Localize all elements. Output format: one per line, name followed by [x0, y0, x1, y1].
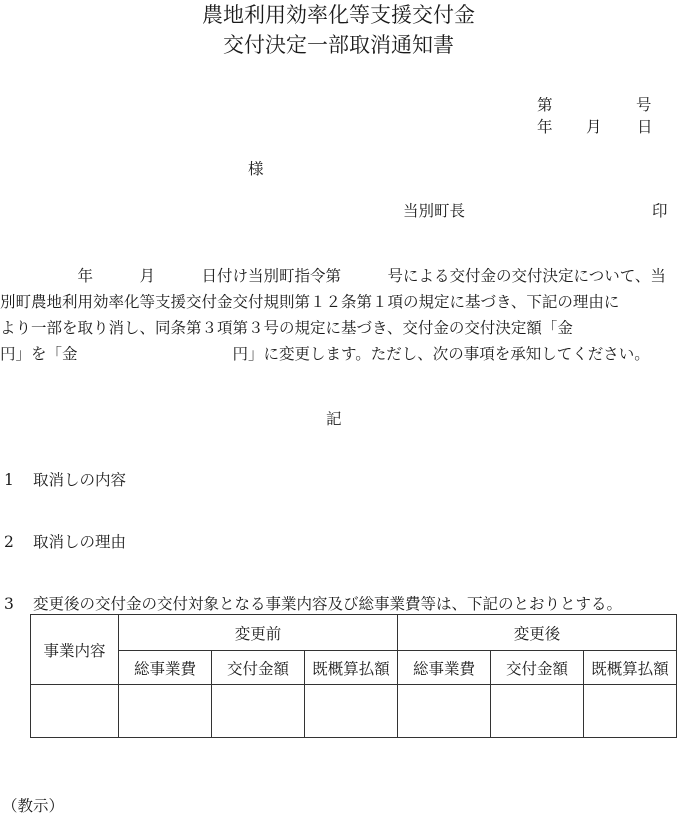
- number-prefix: 第: [537, 96, 553, 114]
- cell-advance-paid-before: [305, 685, 398, 738]
- header-project-content: 事業内容: [31, 615, 119, 685]
- number-suffix: 号: [636, 96, 652, 114]
- cell-grant-amount-after: [491, 685, 584, 738]
- body-line: 円」を「金 円」に変更します。ただし、次の事項を承知してください。: [0, 341, 677, 367]
- item-3-label: 変更後の交付金の交付対象となる事業内容及び総事業費等は、下記のとおりとする。: [33, 595, 622, 613]
- item-1-number: 1: [4, 471, 14, 489]
- header-before-change: 変更前: [119, 615, 398, 651]
- addressee-honorific: 様: [248, 160, 264, 178]
- cell-total-cost-after: [398, 685, 491, 738]
- cell-total-cost-before: [119, 685, 212, 738]
- header-advance-paid-before: 既概算払額: [305, 651, 398, 685]
- date-month: 月: [586, 118, 602, 136]
- cell-advance-paid-after: [584, 685, 677, 738]
- header-total-cost-after: 総事業費: [398, 651, 491, 685]
- date-day: 日: [637, 118, 653, 136]
- document-title-line1: 農地利用効率化等支援交付金: [0, 2, 677, 28]
- header-advance-paid-after: 既概算払額: [584, 651, 677, 685]
- sender-name: 当別町長: [403, 202, 465, 220]
- instruction-heading: （教示）: [2, 797, 64, 815]
- body-line: 年 月 日付け当別町指令第 号による交付金の交付決定について、当: [0, 263, 677, 289]
- cell-project-content: [31, 685, 119, 738]
- body-line: より一部を取り消し、同条第３項第３号の規定に基づき、交付金の交付決定額「金: [0, 315, 677, 341]
- date-year: 年: [537, 118, 553, 136]
- table-row: [31, 685, 677, 738]
- project-cost-table: 事業内容 変更前 変更後 総事業費 交付金額 既概算払額 総事業費 交付金額 既…: [30, 614, 677, 738]
- item-2-label: 取消しの理由: [33, 533, 126, 551]
- item-2-number: 2: [4, 533, 14, 551]
- header-grant-amount-after: 交付金額: [491, 651, 584, 685]
- body-paragraph: 年 月 日付け当別町指令第 号による交付金の交付決定について、当 別町農地利用効…: [0, 263, 677, 367]
- seal-mark: 印: [652, 202, 668, 220]
- body-line: 別町農地利用効率化等支援交付金交付規則第１２条第１項の規定に基づき、下記の理由に: [0, 289, 677, 315]
- document-title-line2: 交付決定一部取消通知書: [0, 32, 677, 58]
- header-total-cost-before: 総事業費: [119, 651, 212, 685]
- header-grant-amount-before: 交付金額: [212, 651, 305, 685]
- item-1-label: 取消しの内容: [33, 471, 126, 489]
- item-3-number: 3: [4, 595, 14, 613]
- ki-heading: 記: [326, 410, 342, 428]
- header-after-change: 変更後: [398, 615, 677, 651]
- cell-grant-amount-before: [212, 685, 305, 738]
